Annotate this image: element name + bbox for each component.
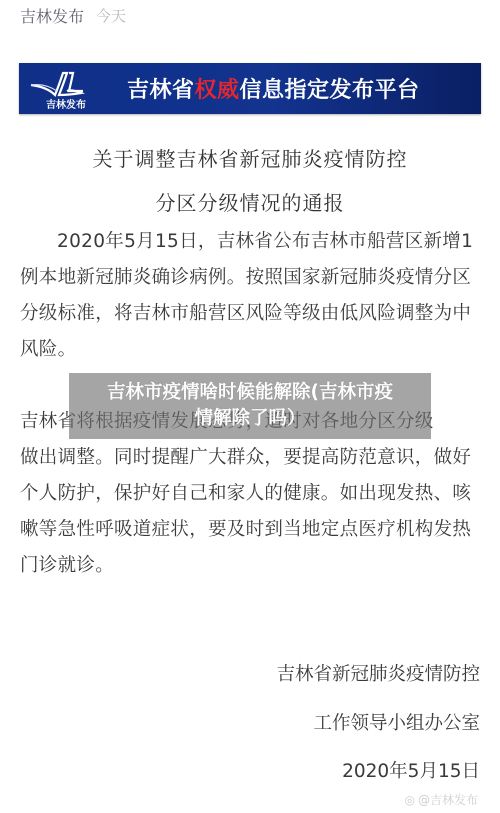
author-name[interactable]: 吉林发布 — [20, 4, 84, 27]
document-title-line1: 关于调整吉林省新冠肺炎疫情防控 — [0, 143, 500, 172]
banner-title-highlight: 权威 — [195, 78, 240, 103]
text-line: 嗽等急性呼吸道症状，要及时到当地定点医疗机构发热 — [20, 512, 483, 548]
jilin-fabu-logo: 吉林发布 — [19, 63, 101, 114]
signature-org-line1: 吉林省新冠肺炎疫情防控 — [276, 660, 480, 686]
watermark-text: @吉林发布 — [418, 791, 478, 808]
weibo-icon: ◎ — [405, 793, 415, 807]
paragraph-1: 2020年5月15日，吉林省公布吉林市船营区新增1 例本地新冠肺炎确诊病例。按照… — [20, 224, 483, 368]
logo-text: 吉林发布 — [46, 96, 86, 111]
weibo-watermark: ◎ @吉林发布 — [405, 791, 479, 808]
text-line: 风险。 — [20, 332, 483, 368]
banner-title-part: 信息指定发布平台 — [240, 78, 420, 103]
text-line: 分级标准，将吉林市船营区风险等级由低风险调整为中 — [20, 296, 483, 332]
signature-org-line2: 工作领导小组办公室 — [313, 709, 480, 735]
text-line: 例本地新冠肺炎确诊病例。按照国家新冠肺炎疫情分区 — [20, 260, 483, 296]
caption-overlay: 吉林市疫情啥时候能解除(吉林市疫 情解除了吗） — [69, 373, 431, 439]
signature-date: 2020年5月15日 — [342, 757, 480, 783]
text-line: 2020年5月15日，吉林省公布吉林市船营区新增1 — [20, 224, 483, 260]
text-line: 个人防护，保护好自己和家人的健康。如出现发热、咳 — [20, 476, 483, 512]
text-line: 做出调整。同时提醒广大群众，要提高防范意识，做好 — [20, 440, 483, 476]
banner-title-part: 吉林省 — [127, 78, 195, 103]
caption-line1: 吉林市疫情啥时候能解除(吉林市疫 — [107, 380, 393, 406]
banner-title: 吉林省权威信息指定发布平台 — [127, 73, 420, 104]
post-time: 今天 — [96, 5, 126, 26]
post-header: 吉林发布 今天 — [20, 3, 126, 27]
caption-line2: 情解除了吗） — [194, 406, 305, 432]
jl-logo-icon — [29, 69, 91, 97]
text-line: 门诊就诊。 — [20, 548, 483, 584]
platform-banner: 吉林发布 吉林省权威信息指定发布平台 — [19, 63, 481, 114]
document-title-line2: 分区分级情况的通报 — [0, 187, 500, 216]
